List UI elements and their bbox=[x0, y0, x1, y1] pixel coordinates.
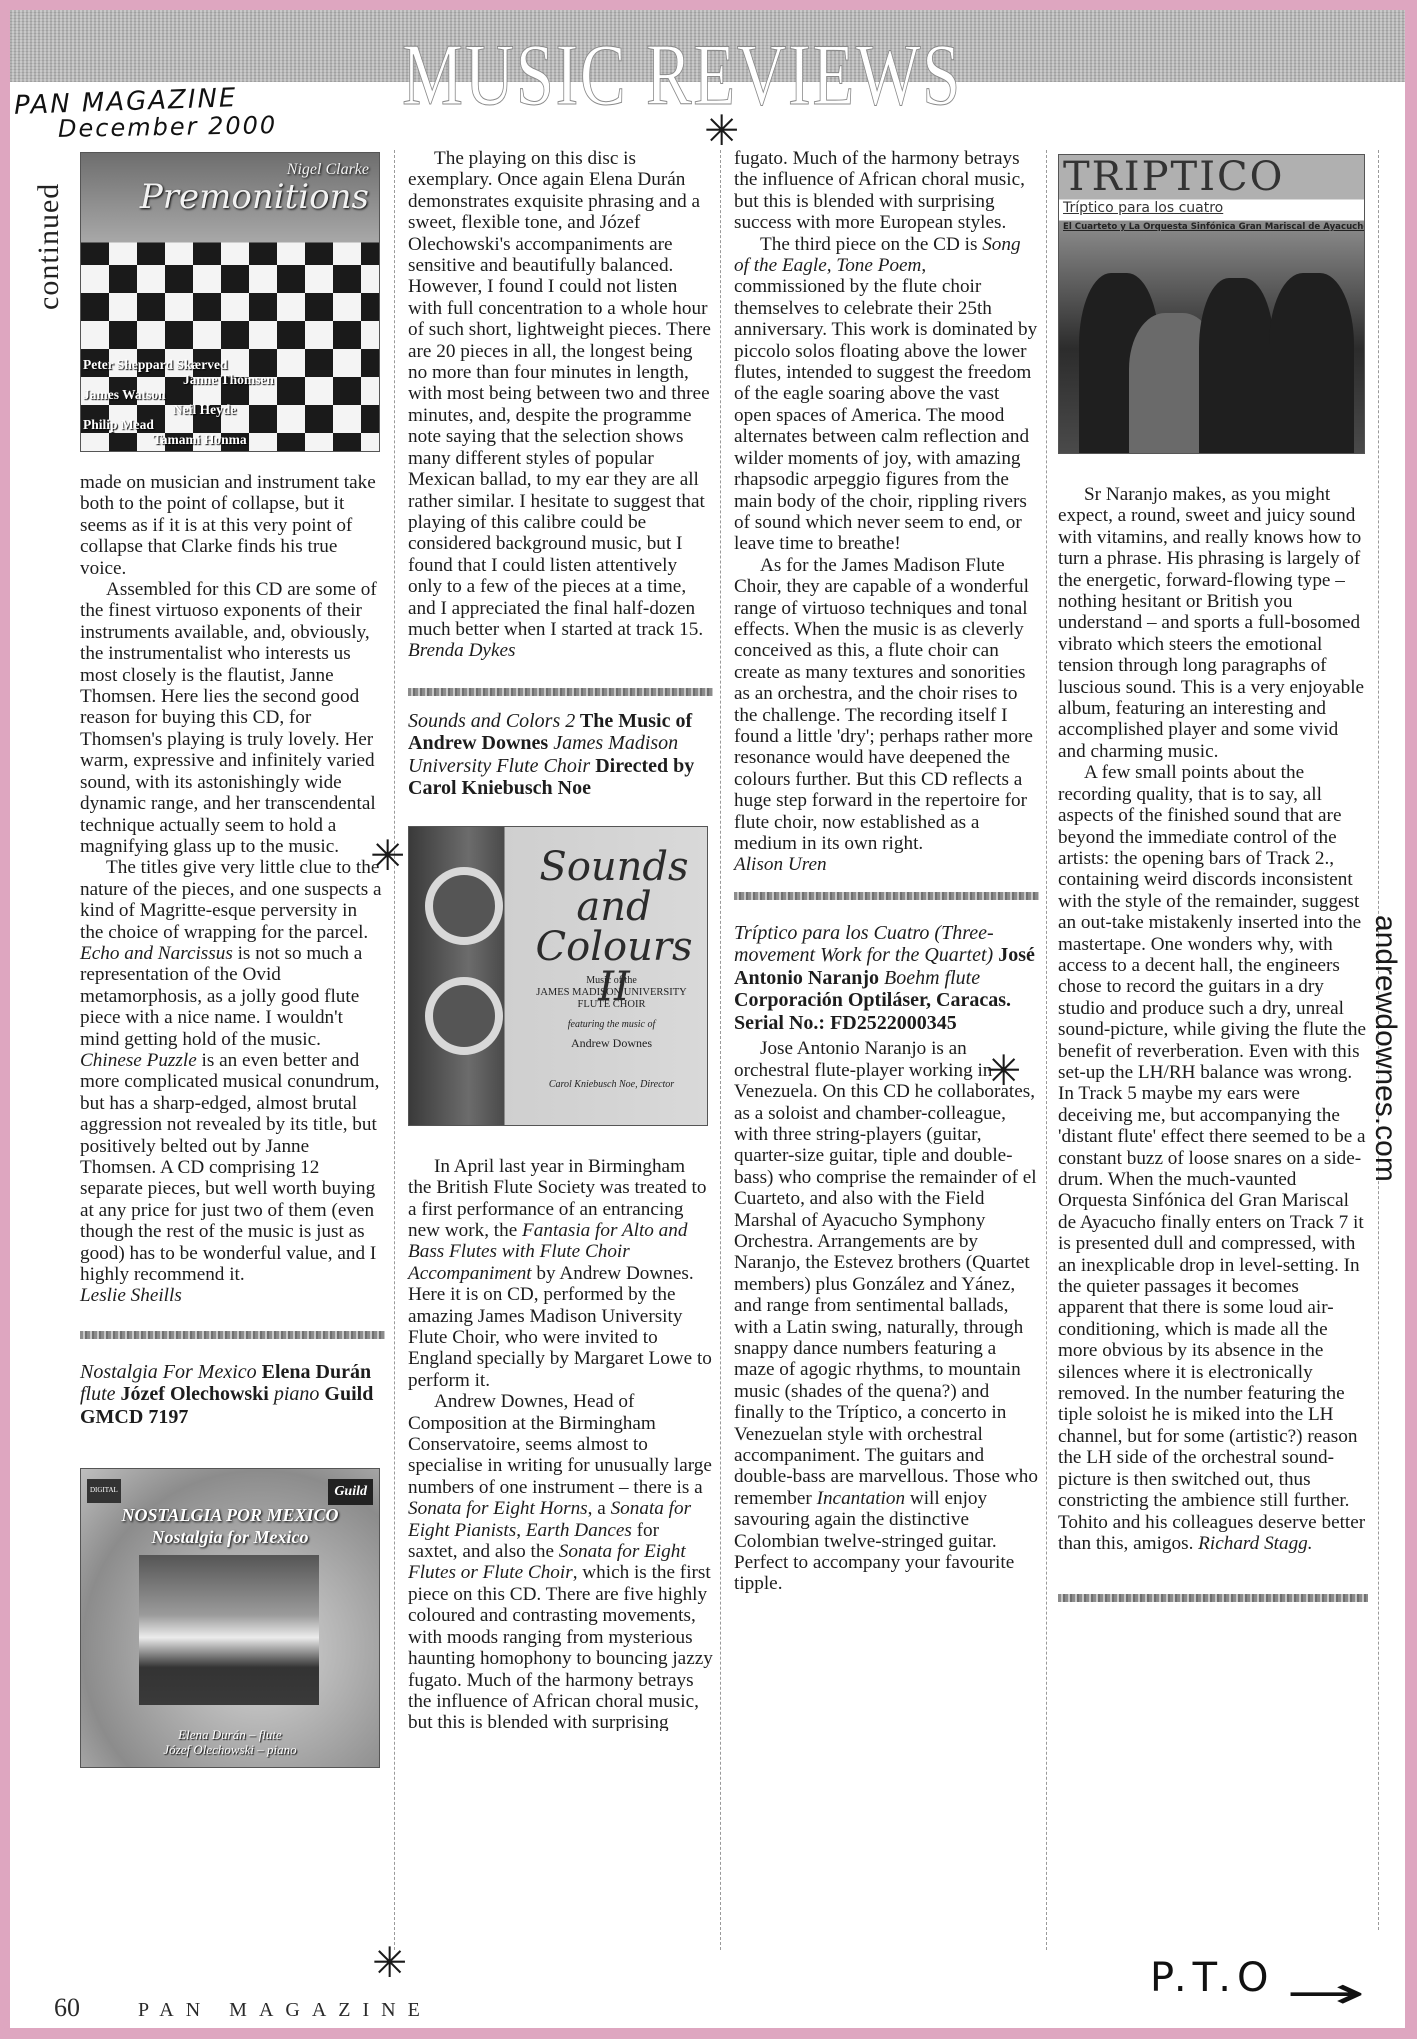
cover-performers: Peter Sheppard Skærved Janne Thomsen Jam… bbox=[83, 357, 274, 447]
section-divider bbox=[80, 1331, 385, 1339]
cover-title: Premonitions bbox=[140, 180, 369, 214]
page-number: 60 bbox=[54, 1993, 80, 2023]
asterisk-mark-icon: ✳ bbox=[372, 1942, 407, 1984]
review-paragraph: A few small points about the recording q… bbox=[1058, 762, 1368, 1554]
section-divider bbox=[1058, 1594, 1368, 1602]
cover-title-es: NOSTALGIA POR MEXICO bbox=[81, 1505, 379, 1526]
cd-cover-triptico: TRIPTICO Tríptico para los cuatro El Cua… bbox=[1058, 154, 1365, 454]
handwritten-date: December 2000 bbox=[58, 112, 278, 142]
reviewer-name: Brenda Dykes bbox=[408, 640, 515, 661]
section-divider bbox=[408, 688, 713, 696]
column-2: The playing on this disc is exemplary. O… bbox=[408, 148, 713, 1731]
review-heading-nostalgia: Nostalgia For Mexico Elena Durán flute J… bbox=[80, 1361, 385, 1429]
section-banner: Music Reviews bbox=[10, 10, 1405, 82]
arrow-right-icon: → bbox=[1285, 1968, 1366, 2019]
flute-key-graphic bbox=[425, 867, 503, 945]
review-paragraph-continued: fugato. Much of the harmony betrays the … bbox=[734, 148, 1039, 234]
cd-cover-nostalgia-for-mexico: DIGITAL Guild NOSTALGIA POR MEXICO Nosta… bbox=[80, 1468, 380, 1768]
asterisk-mark-icon: ✳ bbox=[986, 1050, 1021, 1092]
digital-badge: DIGITAL bbox=[87, 1479, 121, 1502]
reviewer-name: Leslie Sheills bbox=[80, 1285, 385, 1306]
flute-key-graphic bbox=[425, 977, 503, 1055]
musician-figure bbox=[1269, 273, 1354, 453]
work-title: Echo and Narcissus bbox=[80, 943, 233, 964]
review-paragraph: Sr Naranjo makes, as you might expect, a… bbox=[1058, 484, 1368, 762]
column-1: Nigel Clarke Premonitions Peter Sheppard… bbox=[80, 148, 385, 1768]
section-title: Music Reviews bbox=[402, 32, 962, 120]
reviewer-name: Alison Uren bbox=[734, 854, 1039, 875]
review-paragraph: Assembled for this CD are some of the fi… bbox=[80, 579, 385, 857]
review-paragraph: As for the James Madison Flute Choir, th… bbox=[734, 555, 1039, 855]
column-4: TRIPTICO Tríptico para los cuatro El Cua… bbox=[1058, 148, 1368, 1616]
review-heading-triptico: Tríptico para los Cuatro (Three-movement… bbox=[734, 922, 1039, 1035]
reviewer-name: Richard Stagg. bbox=[1198, 1533, 1312, 1554]
cd-cover-sounds-and-colours: Sounds and Colours II Music of the JAMES… bbox=[408, 826, 708, 1126]
handwritten-pto: P.T.O bbox=[1150, 1955, 1275, 2001]
column-rule bbox=[720, 150, 721, 1950]
label-logo: Guild bbox=[328, 1479, 373, 1504]
review-paragraph: The titles give very little clue to the … bbox=[80, 857, 385, 1285]
cover-subtitle: El Cuarteto y La Orquesta Sinfónica Gran… bbox=[1063, 217, 1365, 238]
work-title: Chinese Puzzle bbox=[80, 1050, 197, 1071]
continued-label: continued bbox=[32, 183, 66, 310]
review-paragraph: The third piece on the CD is Song of the… bbox=[734, 234, 1039, 555]
cover-credits: Elena Durán – flute Józef Olechowski – p… bbox=[81, 1727, 379, 1757]
cd-cover-premonitions: Nigel Clarke Premonitions Peter Sheppard… bbox=[80, 152, 380, 452]
review-paragraph: Jose Antonio Naranjo is an orchestral fl… bbox=[734, 1038, 1039, 1595]
section-divider bbox=[734, 892, 1039, 900]
column-3: fugato. Much of the harmony betrays the … bbox=[734, 148, 1039, 1595]
asterisk-mark-icon: ✳ bbox=[704, 110, 739, 152]
cover-title-graphic: TRIPTICO bbox=[1063, 155, 1284, 199]
musician-figure bbox=[1199, 278, 1274, 453]
review-heading-sounds-and-colors: Sounds and Colors 2 The Music of Andrew … bbox=[408, 710, 713, 800]
magazine-page: Music Reviews PAN MAGAZINE December 2000… bbox=[10, 10, 1405, 2028]
cover-title-en: Nostalgia for Mexico bbox=[81, 1527, 379, 1548]
magazine-name: PAN MAGAZINE bbox=[138, 1999, 432, 2022]
cover-artwork bbox=[139, 1555, 319, 1705]
side-url-label: andrewdownes.com bbox=[1368, 915, 1402, 1182]
review-paragraph: made on musician and instrument take bot… bbox=[80, 472, 385, 579]
review-paragraph: The playing on this disc is exemplary. O… bbox=[408, 148, 713, 662]
asterisk-mark-icon: ✳ bbox=[370, 835, 405, 877]
review-paragraph: Andrew Downes, Head of Composition at th… bbox=[408, 1391, 713, 1731]
review-paragraph: In April last year in Birmingham the Bri… bbox=[408, 1156, 713, 1391]
column-rule bbox=[1046, 150, 1047, 1950]
column-rule bbox=[394, 150, 395, 1950]
